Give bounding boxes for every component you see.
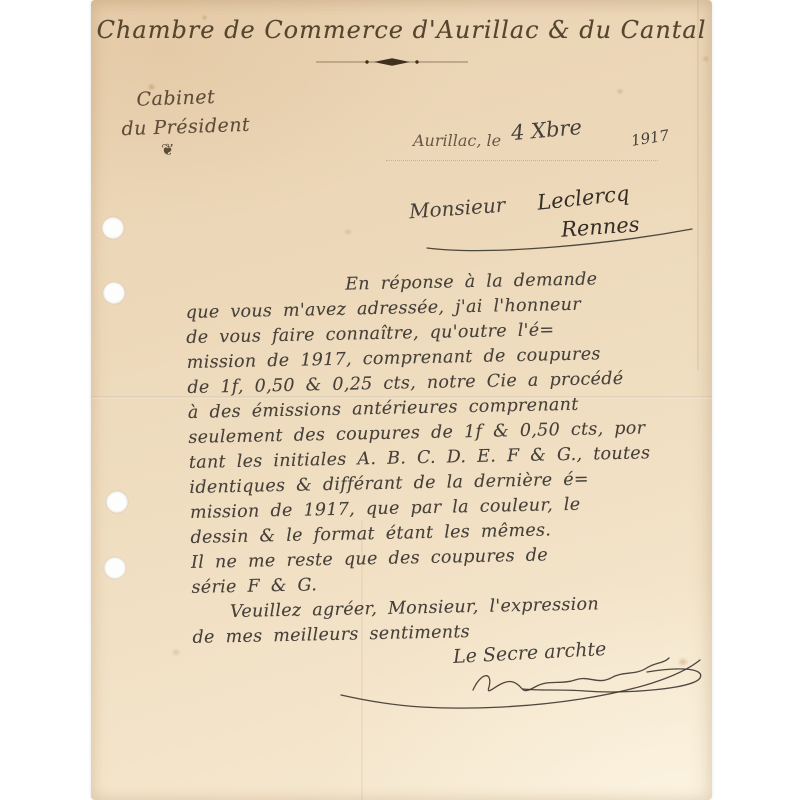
signature-underloop — [523, 669, 701, 692]
recipient-underline-flourish — [427, 229, 692, 251]
signature-and-flourishes — [91, 0, 712, 800]
signature-scribble — [473, 658, 669, 691]
signature-long-flourish — [341, 660, 700, 708]
letter-paper: Chambre de Commerce d'Aurillac & du Cant… — [91, 0, 712, 800]
